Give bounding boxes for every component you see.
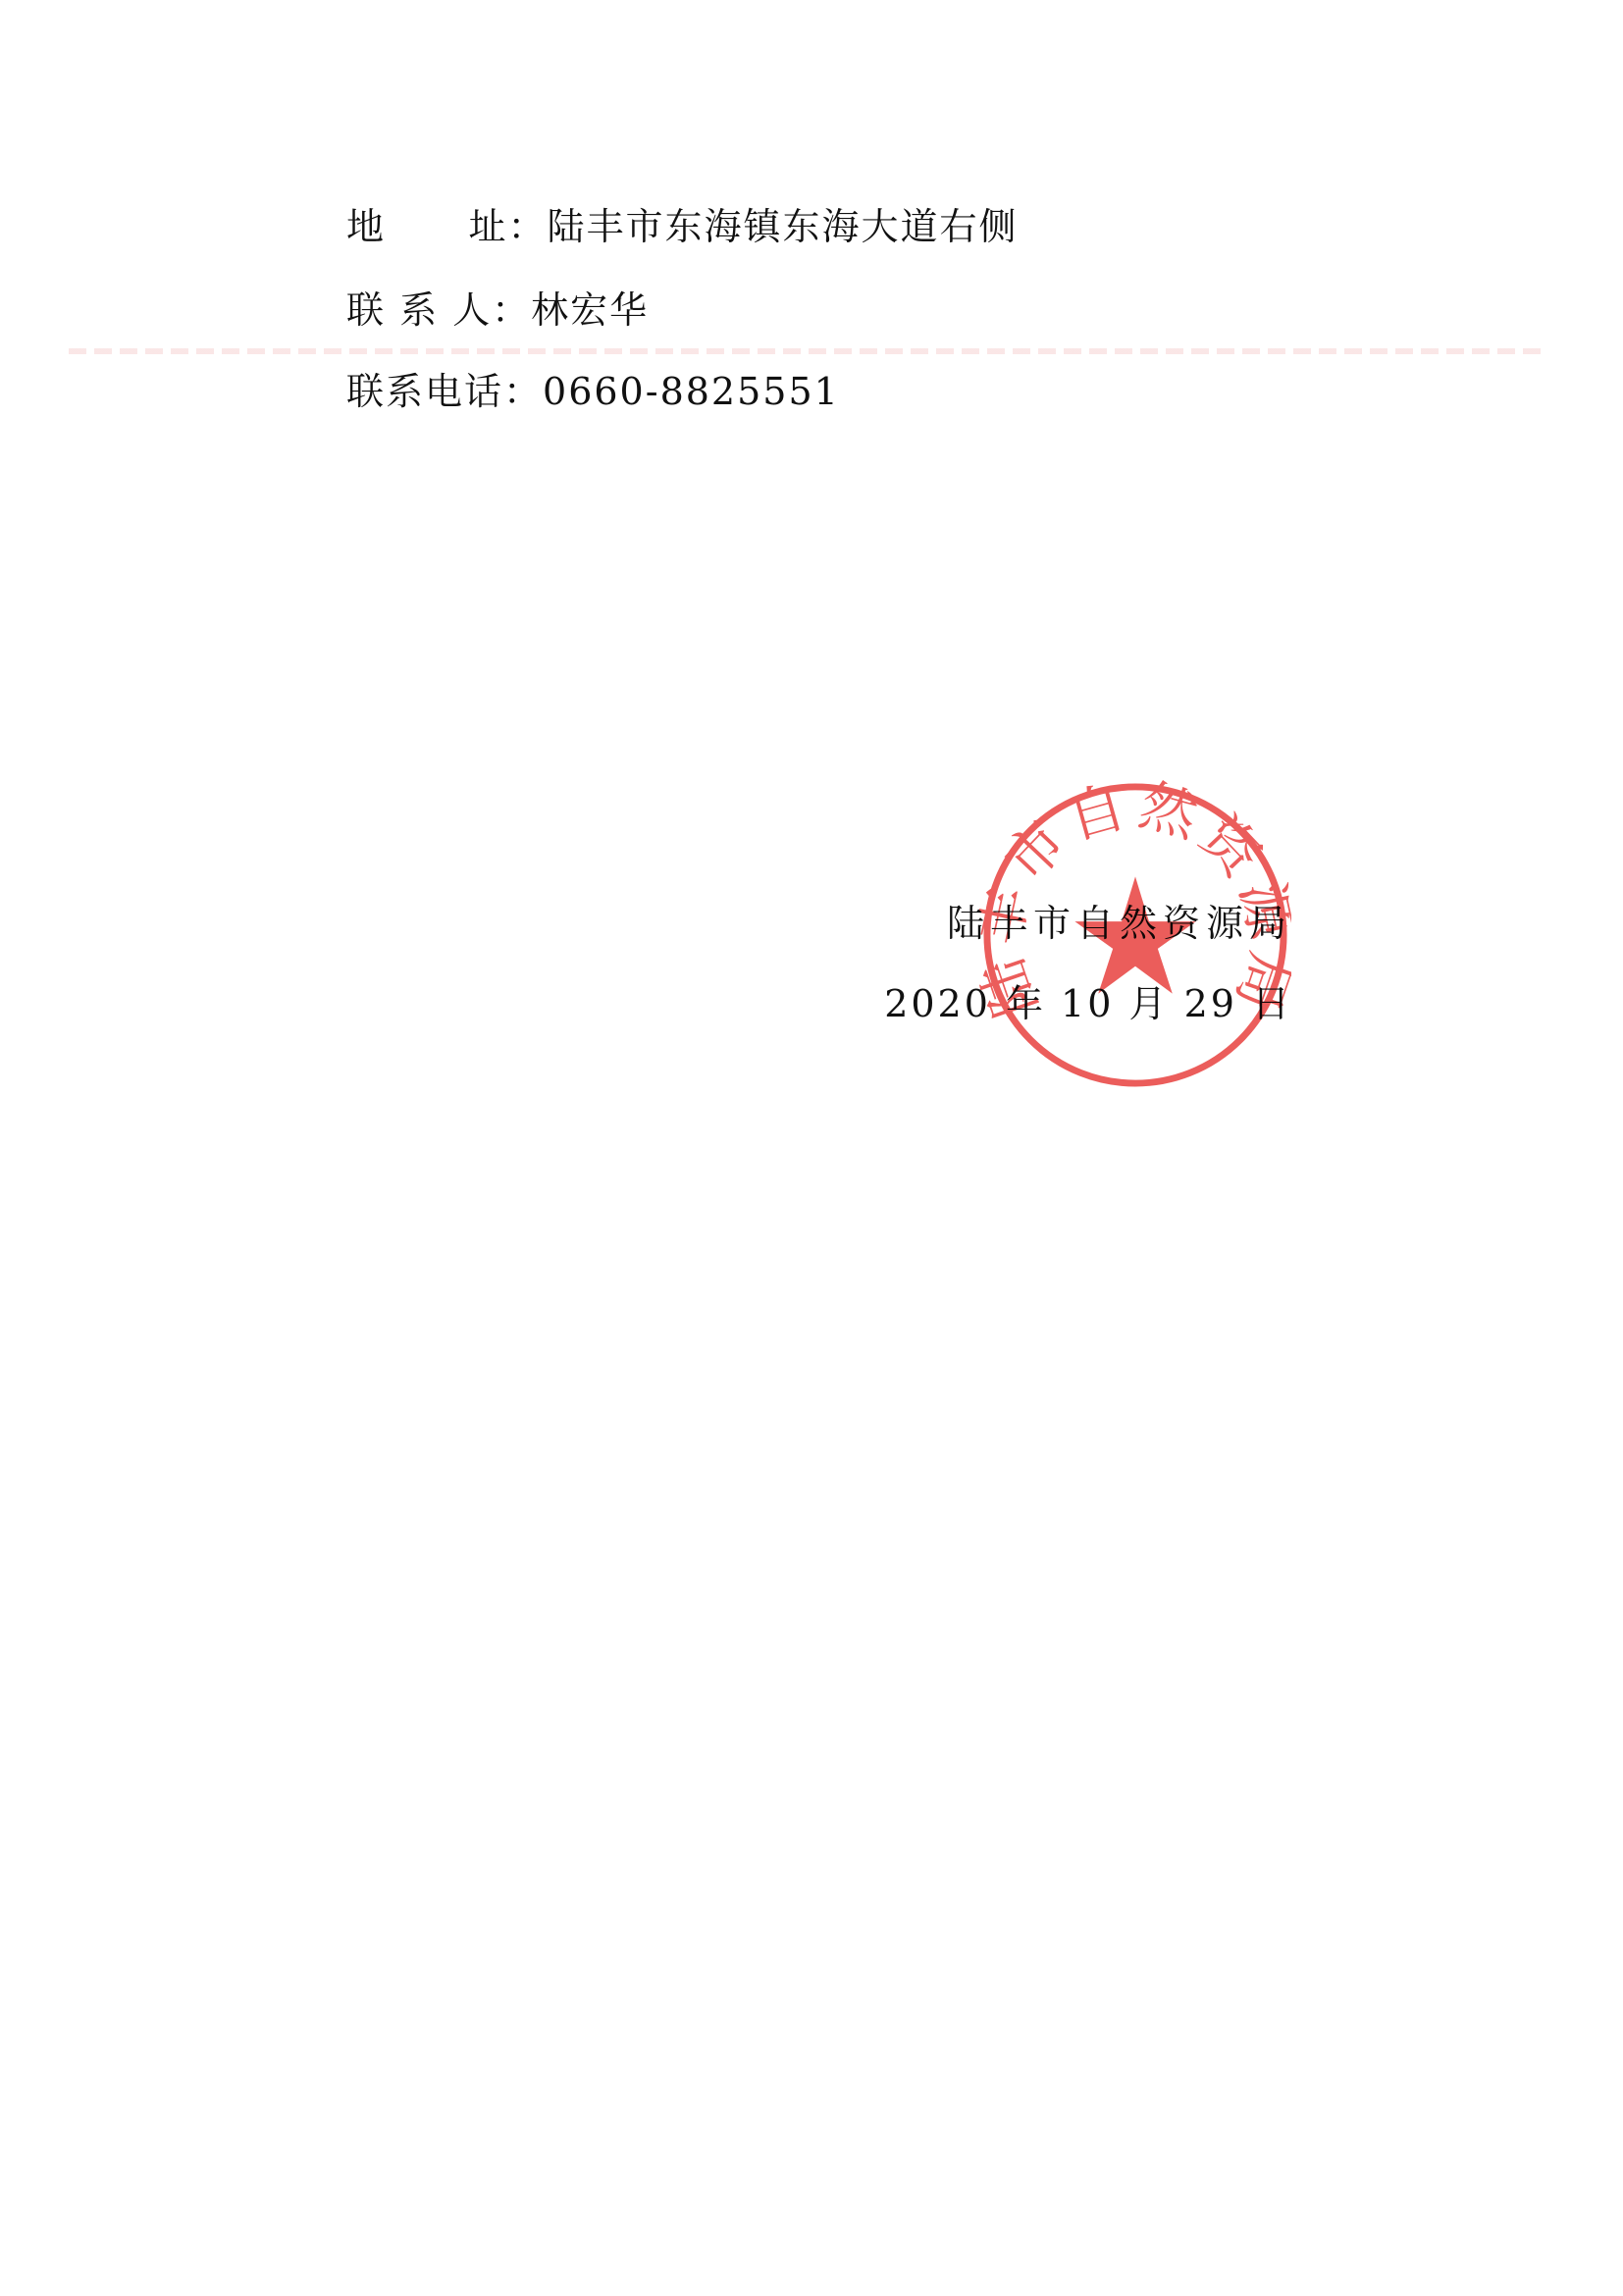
contact-person-label: 联 系 人： bbox=[346, 287, 531, 333]
address-line: 地 址：陆丰市东海镇东海大道右侧 bbox=[346, 204, 1019, 249]
phone-line: 联系电话：0660-8825551 bbox=[346, 369, 840, 414]
address-label: 地 址： bbox=[346, 204, 547, 249]
document-page: 地 址：陆丰市东海镇东海大道右侧 联 系 人：林宏华 联系电话：0660-882… bbox=[0, 0, 1623, 2296]
bleed-through-line bbox=[69, 348, 1541, 354]
official-seal-icon: 陆丰市自然资源局 bbox=[979, 779, 1291, 1091]
phone-value: 0660-8825551 bbox=[543, 370, 840, 413]
phone-label: 联系电话： bbox=[346, 369, 543, 414]
contact-person-line: 联 系 人：林宏华 bbox=[346, 287, 649, 333]
contact-person-value: 林宏华 bbox=[531, 288, 649, 332]
address-value: 陆丰市东海镇东海大道右侧 bbox=[547, 205, 1018, 248]
